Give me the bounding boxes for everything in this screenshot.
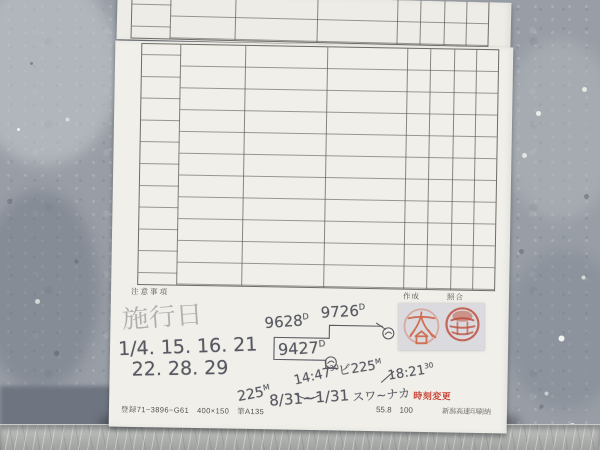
- background-card-grid: [131, 0, 495, 47]
- notes-label: 注意事項: [131, 286, 169, 298]
- circled-mark-upper-glyph: [385, 332, 391, 334]
- wall-dark-patch: [0, 190, 100, 390]
- timetable-card: 注意事項 作成 照合: [109, 41, 514, 434]
- grid-cells: [171, 0, 494, 46]
- notes-section: 注意事項 作成 照合: [109, 283, 509, 434]
- photo-of-timetable-card: 注意事項 作成 照合: [0, 0, 600, 450]
- train-number-9726D: 9726D: [320, 301, 365, 321]
- train-number-9628D: 9628D: [264, 311, 310, 332]
- train-number-9427D: 9427D: [278, 338, 326, 359]
- time-change-red-stamp: 時刻変更: [413, 389, 451, 403]
- checked-by-label: 照合: [447, 291, 464, 302]
- hanko-stamp-round: [443, 304, 481, 346]
- schedule-grid: [137, 43, 499, 291]
- wall-dark-speckles: [30, 62, 33, 65]
- handwritten-dates-line2: 22. 28. 29: [131, 357, 228, 381]
- grid-cells: [177, 45, 498, 290]
- hanko-stamp-otani: [402, 305, 440, 347]
- shelf-shadow-corner: [0, 386, 112, 428]
- wall-light-patch: [500, 40, 600, 220]
- footer-lot-number: 55.8 100: [376, 404, 413, 416]
- handwritten-title: 施行日: [120, 295, 203, 337]
- wall-white-speckles: [17, 128, 20, 131]
- stamp-panel: [398, 303, 484, 350]
- created-by-label: 作成: [403, 291, 420, 302]
- circled-mark-upper: [383, 328, 394, 339]
- wall-light-patch: [0, 0, 120, 165]
- footer-printer-name: 新潟高速印刷納: [442, 406, 491, 417]
- grid-left-column: [138, 44, 181, 285]
- wall-dark-patch: [505, 250, 600, 410]
